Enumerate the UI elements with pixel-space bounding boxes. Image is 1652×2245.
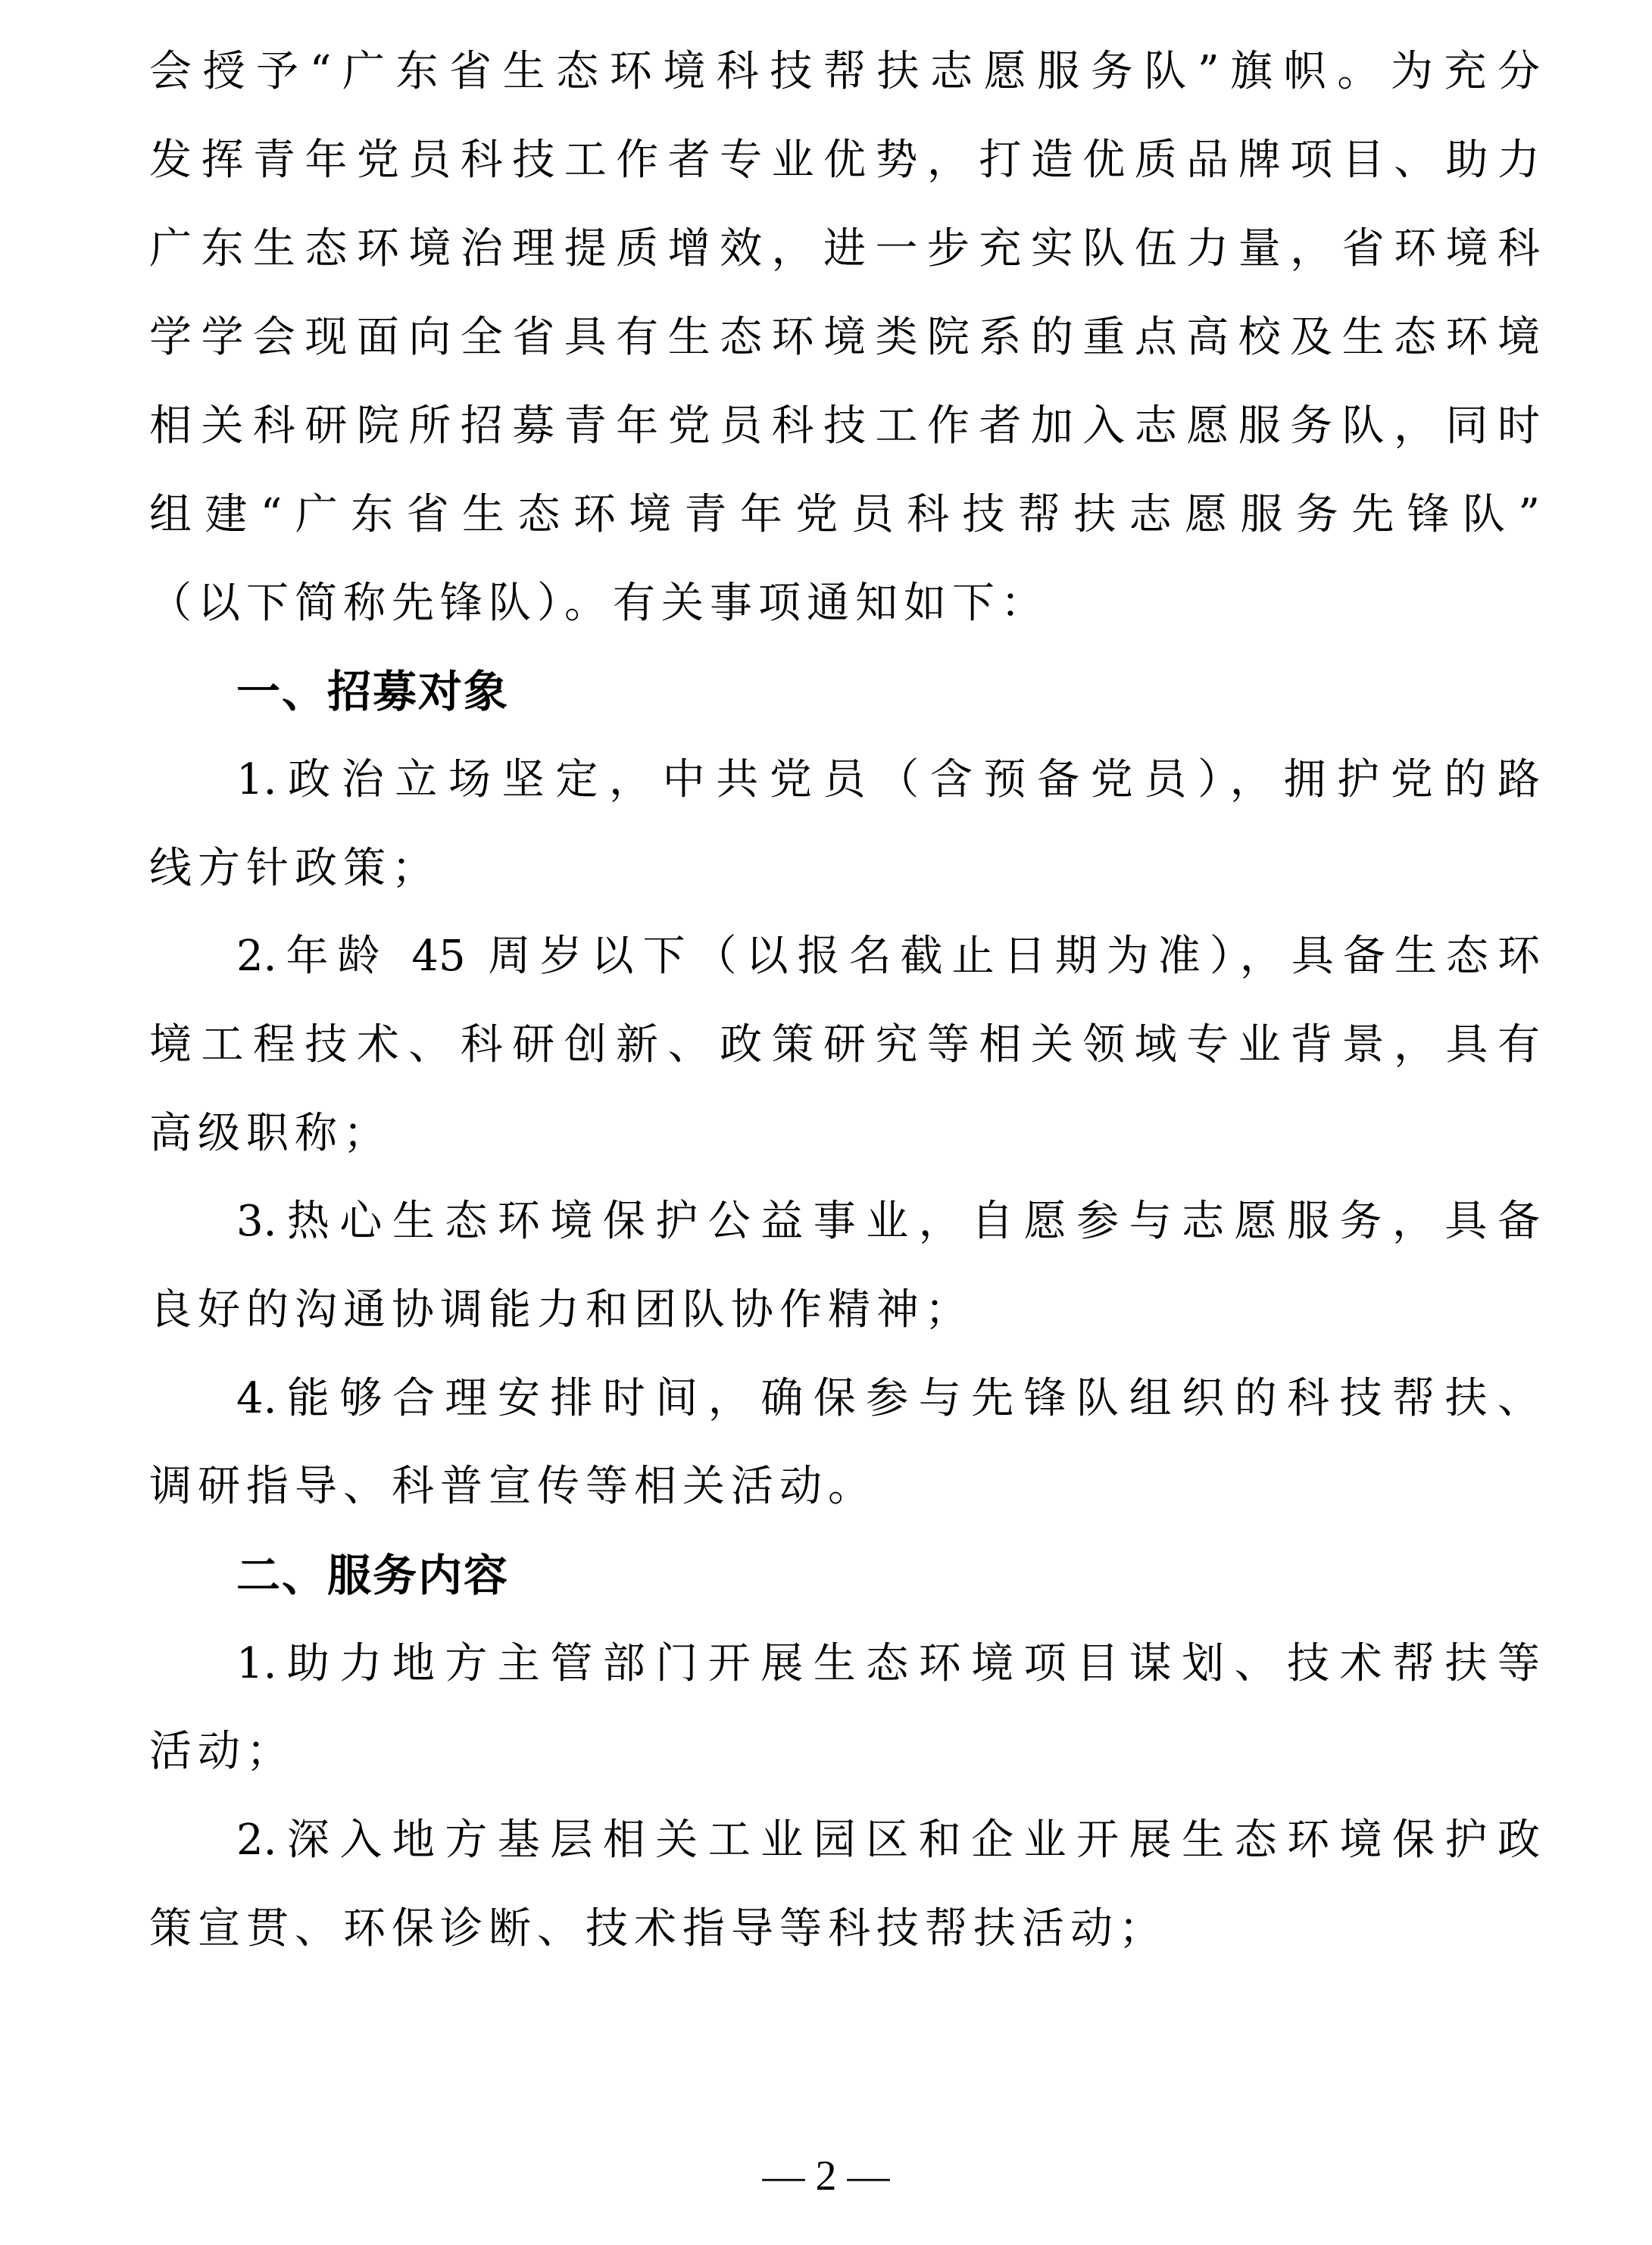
item-line: 活动； [149, 1708, 1540, 1796]
item-line: 4.能够合理安排时间，确保参与先锋队组织的科技帮扶、 [236, 1355, 1540, 1443]
section-heading: 二、服务内容 [236, 1532, 509, 1619]
preface-line-6: 组建“广东省生态环境青年党员科技帮扶志愿服务先锋队” [149, 471, 1540, 559]
item-line: 3.热心生态环境保护公益事业，自愿参与志愿服务，具备 [236, 1178, 1540, 1266]
item-line: 2.年龄 45 周岁以下（以报名截止日期为准），具备生态环 [236, 913, 1540, 1001]
preface-line-5: 相关科研院所招募青年党员科技工作者加入志愿服务队，同时 [149, 382, 1540, 470]
item-line: 1.政治立场坚定，中共党员（含预备党员），拥护党的路 [236, 736, 1540, 824]
preface-line-4: 学学会现面向全省具有生态环境类院系的重点高校及生态环境 [149, 294, 1540, 382]
item-line: 良好的沟通协调能力和团队协作精神； [149, 1266, 1540, 1354]
section-heading: 一、招募对象 [236, 648, 509, 735]
preface-line-2: 发挥青年党员科技工作者专业优势，打造优质品牌项目、助力 [149, 117, 1540, 205]
preface-line-7: （以下简称先锋队）。有关事项通知如下： [149, 560, 1540, 648]
document-page: 会授予“广东省生态环境科技帮扶志愿服务队”旗帜。为充分 发挥青年党员科技工作者专… [0, 0, 1652, 2245]
item-line: 调研指导、科普宣传等相关活动。 [149, 1443, 1540, 1531]
preface-line-3: 广东生态环境治理提质增效，进一步充实队伍力量，省环境科 [149, 205, 1540, 293]
page-number: — 2 — [0, 2150, 1652, 2203]
item-line: 境工程技术、科研创新、政策研究等相关领域专业背景，具有 [149, 1001, 1540, 1089]
item-line: 策宣贯、环保诊断、技术指导等科技帮扶活动； [149, 1885, 1540, 1973]
item-line: 线方针政策； [149, 825, 1540, 913]
item-line: 2.深入地方基层相关工业园区和企业开展生态环境保护政 [236, 1797, 1540, 1884]
item-line: 1.助力地方主管部门开展生态环境项目谋划、技术帮扶等 [236, 1620, 1540, 1708]
preface-line-1: 会授予“广东省生态环境科技帮扶志愿服务队”旗帜。为充分 [149, 28, 1540, 116]
item-line: 高级职称； [149, 1090, 1540, 1178]
